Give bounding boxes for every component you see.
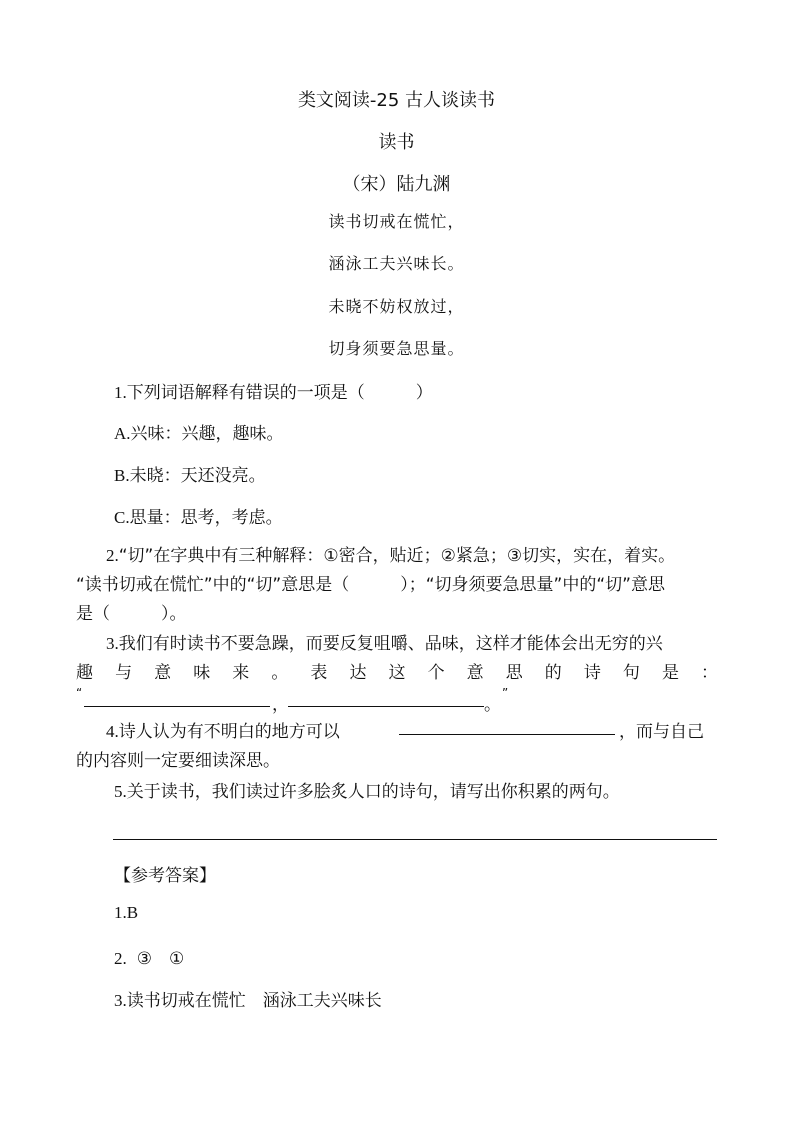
poem-title: 读书 [0,128,793,154]
poem-line: 涵泳工夫兴味长。 [0,251,793,274]
answer-number: 2. [114,949,127,968]
answer-2: 2.③ ① [114,944,184,969]
close-quote: ” [502,686,508,700]
answer-text: B [127,903,138,922]
answers-heading: 【参考答案】 [114,861,216,886]
char: 表 [310,658,327,683]
question-number: 2. [106,546,119,565]
poem-line: 切身须要急思量。 [0,336,793,359]
question-number: 1. [114,383,127,402]
answer-text: ③ ① [137,949,184,969]
answer-number: 3. [114,991,127,1010]
question-5: 5.关于读书，我们读过许多脍炙人口的诗句，请写出你积累的两句。 [114,777,620,802]
char: 趣 [76,658,93,683]
option-text: 兴味：兴趣，趣味。 [131,424,284,444]
char: 意 [467,658,484,683]
char: 的 [545,658,562,683]
char: 意 [154,658,171,683]
option-label: C. [114,508,130,527]
option-label: A. [114,424,131,443]
char: ： [701,658,718,683]
question-text: 诗人认为有不明白的地方可以 [119,722,340,742]
question-text: 下列词语解释有错误的一项是（ ） [127,383,433,403]
question-text: 我们有时读书不要急躁，而要反复咀嚼、品味，这样才能体会出无穷的兴 [119,634,663,654]
question-2-line-1: 2.“切”在字典中有三种解释：①密合，贴近；②紧急；③切实，实在，着实。 [106,541,675,566]
option-b: B.未晓：天还没亮。 [114,461,266,486]
char: 句 [623,658,640,683]
option-label: B. [114,466,130,485]
answer-blank-1[interactable] [84,696,270,707]
answer-line[interactable] [113,839,717,840]
question-text: 关于读书，我们读过许多脍炙人口的诗句，请写出你积累的两句。 [127,782,620,802]
question-2-line-3: 是（ ）。 [76,599,187,624]
poem-line: 读书切戒在慌忙， [0,209,793,232]
poem-line: 未晓不妨权放过， [0,294,793,317]
question-4-tail: ，而与自己 [619,717,704,742]
option-text: 思量：思考，考虑。 [130,508,283,528]
char: 来 [232,658,249,683]
char: 思 [506,658,523,683]
char: 味 [193,658,210,683]
answer-blank-2[interactable] [288,696,484,707]
open-quote: “ [76,686,82,700]
question-3-line-1: 3.我们有时读书不要急躁，而要反复咀嚼、品味，这样才能体会出无穷的兴 [106,629,663,654]
poem-author: （宋）陆九渊 [0,170,793,196]
question-text: “切”在字典中有三种解释：①密合，贴近；②紧急；③切实，实在，着实。 [119,546,675,566]
char: 诗 [584,658,601,683]
answer-text: 读书切戒在慌忙 涵泳工夫兴味长 [127,991,382,1011]
comma: ， [272,690,289,715]
answer-3: 3.读书切戒在慌忙 涵泳工夫兴味长 [114,986,382,1011]
question-2-line-2: “读书切戒在慌忙”中的“切”意思是（ ）；“切身须要急思量”中的“切”意思 [76,570,665,595]
question-4-line-2: 的内容则一定要细读深思。 [76,746,280,771]
answer-number: 1. [114,903,127,922]
char: 这 [389,658,406,683]
answer-blank-3[interactable] [399,724,615,735]
option-a: A.兴味：兴趣，趣味。 [114,419,284,444]
period: 。 [484,690,501,715]
char: 个 [428,658,445,683]
char: 达 [349,658,366,683]
question-number: 5. [114,782,127,801]
question-1: 1.下列词语解释有错误的一项是（ ） [114,378,433,403]
question-number: 4. [106,722,119,741]
question-3-line-2: 趣 与 意 味 来 。 表 达 这 个 意 思 的 诗 句 是 ： [76,658,718,683]
question-number: 3. [106,634,119,653]
option-text: 未晓：天还没亮。 [130,466,266,486]
char: 与 [115,658,132,683]
answer-1: 1.B [114,903,138,923]
document-title: 类文阅读-25 古人谈读书 [0,86,793,112]
char: 是 [662,658,679,683]
question-4-line-1: 4.诗人认为有不明白的地方可以 [106,717,340,742]
option-c: C.思量：思考，考虑。 [114,503,283,528]
char: 。 [271,658,288,683]
